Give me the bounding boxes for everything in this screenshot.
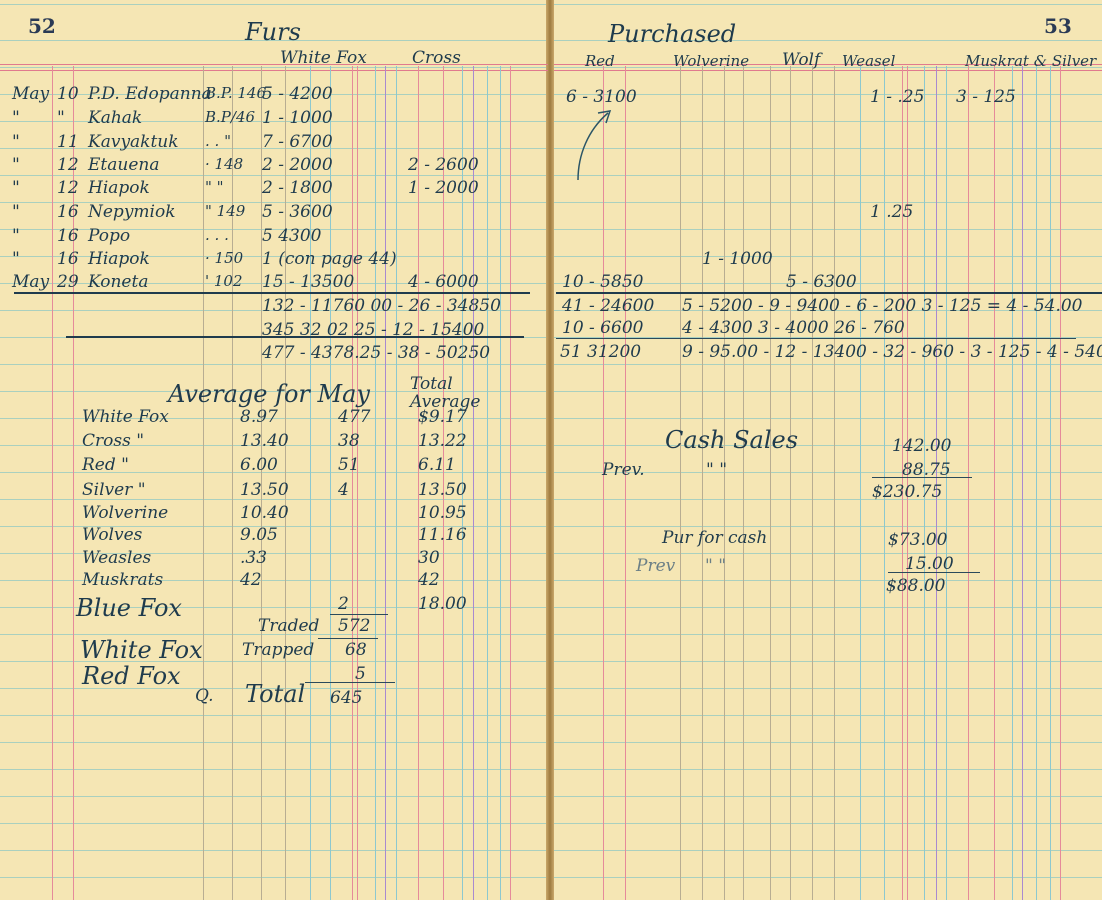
col-red: Red <box>585 52 615 70</box>
arrow-icon <box>570 105 620 185</box>
entry-white-fox: 7 - 6700 <box>262 132 333 152</box>
average-label: Muskrats <box>82 570 163 590</box>
trapped-label: Trapped <box>242 640 314 660</box>
entry-name: Hiapok <box>88 178 150 198</box>
entry-month: " <box>12 108 20 128</box>
trapped-value: 68 <box>345 640 367 660</box>
entry-day: 16 <box>57 249 79 269</box>
average-label: Wolves <box>82 525 142 545</box>
entry-month: " <box>12 155 20 175</box>
average-may: 13.50 <box>240 480 289 500</box>
average-total: 11.16 <box>418 525 467 545</box>
entry-ref: ' 102 <box>205 272 243 290</box>
col-wolf: Wolf <box>782 50 820 70</box>
average-total: 42 <box>418 570 440 590</box>
average-mid: 51 <box>338 455 360 475</box>
pur-for-cash-total: $88.00 <box>886 576 945 596</box>
entry-day: 16 <box>57 202 79 222</box>
entry-cross: 2 - 2600 <box>408 155 479 175</box>
wolf-entry: 5 - 6300 <box>786 272 857 292</box>
entry-ref: " " <box>205 178 224 196</box>
entries-rule <box>14 292 530 294</box>
entry-day: 10 <box>57 84 79 104</box>
average-label: Weasles <box>82 548 151 568</box>
col-cross: Cross <box>412 48 461 68</box>
entry-white-fox: 5 - 3600 <box>262 202 333 222</box>
entry-day: 16 <box>57 226 79 246</box>
weasel-entry-1: 1 - .25 <box>870 87 924 107</box>
book-spine <box>546 0 554 900</box>
average-mid: 477 <box>338 407 370 427</box>
average-label: White Fox <box>82 407 169 427</box>
entry-name: Hiapok <box>88 249 150 269</box>
furs-title: Furs <box>245 18 301 46</box>
entry-month: " <box>12 226 20 246</box>
average-may: 13.40 <box>240 431 289 451</box>
red-fox-value: 5 <box>355 664 366 684</box>
total-line-3: 477 - 4378.25 - 38 - 50250 <box>262 343 490 363</box>
cash-sales-prev-ditto: " " <box>706 460 727 480</box>
white-fox-label: White Fox <box>80 636 203 664</box>
red-entry-2: 10 - 5850 <box>562 272 643 292</box>
entry-cross: 4 - 6000 <box>408 272 479 292</box>
average-may: 10.40 <box>240 503 289 523</box>
col-white-fox: White Fox <box>280 48 367 68</box>
average-total: 13.50 <box>418 480 467 500</box>
entry-white-fox: 5 4300 <box>262 226 321 246</box>
page-number-right: 53 <box>1044 14 1072 38</box>
entry-ref: B.P/46 <box>205 108 255 126</box>
average-total: 10.95 <box>418 503 467 523</box>
purchased-total-1-red: 41 - 24600 <box>562 296 654 316</box>
page-number-left: 52 <box>28 14 56 38</box>
entry-month: May <box>12 84 49 104</box>
ledger-page-53 <box>552 0 1102 900</box>
entry-month: May <box>12 272 49 292</box>
entry-white-fox: 5 - 4200 <box>262 84 333 104</box>
weasel-entry-2: 1 .25 <box>870 202 913 222</box>
purchased-total-1: 5 - 5200 - 9 - 9400 - 6 - 200 3 - 125 = … <box>682 296 1083 316</box>
red-fox-label: Red Fox <box>82 662 181 690</box>
entry-cross: 1 - 2000 <box>408 178 479 198</box>
cash-sales-value: 142.00 <box>892 436 951 456</box>
pur-prev-value: 15.00 <box>905 554 954 574</box>
total-line-1: 132 - 11760 00 - 26 - 34850 <box>262 296 501 316</box>
entry-white-fox: 1 - 1000 <box>262 108 333 128</box>
entry-ref: " 149 <box>205 202 245 220</box>
entry-day: 11 <box>57 132 79 152</box>
cash-sales-prev-label: Prev. <box>602 460 645 480</box>
entry-day: 12 <box>57 178 79 198</box>
traded-value: 572 <box>338 616 370 636</box>
purchased-title: Purchased <box>608 20 736 48</box>
entry-name: Kavyaktuk <box>88 132 179 152</box>
average-may: 8.97 <box>240 407 278 427</box>
average-label: Blue Fox <box>76 594 182 622</box>
pur-prev-ditto: " " <box>705 556 726 576</box>
average-mid: 4 <box>338 480 349 500</box>
average-may: 9.05 <box>240 525 278 545</box>
average-total: 30 <box>418 548 440 568</box>
entry-ref: · 148 <box>205 155 243 173</box>
header-rule-left <box>0 64 548 71</box>
average-label: Wolverine <box>82 503 168 523</box>
col-muskrat-silver: Muskrat & Silver <box>965 52 1096 70</box>
entry-name: P.D. Edopanna <box>88 84 212 104</box>
entry-name: Nepymiok <box>88 202 176 222</box>
entry-month: " <box>12 202 20 222</box>
entry-ref: . . " <box>205 132 231 150</box>
average-mid: 38 <box>338 431 360 451</box>
muskrat-entry-1: 3 - 125 <box>956 87 1016 107</box>
purchased-total-3-red: 51 31200 <box>560 342 641 362</box>
col-weasel: Weasel <box>842 52 895 70</box>
purchased-total-2-red: 10 - 6600 <box>562 318 643 338</box>
traded-label: Traded <box>258 616 319 636</box>
cash-sales-total: $230.75 <box>872 482 942 502</box>
total-prefix: Q. <box>195 686 214 706</box>
entry-month: " <box>12 132 20 152</box>
wolverine-entry: 1 - 1000 <box>702 249 773 269</box>
entry-name: Popo <box>88 226 130 246</box>
cash-sales-label: Cash Sales <box>665 426 798 454</box>
purchased-total-2: 4 - 4300 3 - 4000 26 - 760 <box>682 318 905 338</box>
average-for-may-heading: Average for May <box>168 380 370 408</box>
purchased-entries-rule <box>556 292 1102 294</box>
purchased-totals-rule <box>556 338 1076 339</box>
average-total: 13.22 <box>418 431 467 451</box>
entry-white-fox: 1 (con page 44) <box>262 249 397 269</box>
entry-day: " <box>57 108 65 128</box>
entry-month: " <box>12 249 20 269</box>
totals-rule <box>66 336 524 338</box>
entry-white-fox: 15 - 13500 <box>262 272 354 292</box>
average-may: .33 <box>240 548 267 568</box>
average-label: Red " <box>82 455 129 475</box>
col-wolverine: Wolverine <box>673 52 749 70</box>
entry-month: " <box>12 178 20 198</box>
entry-ref: · 150 <box>205 249 243 267</box>
average-may: 42 <box>240 570 262 590</box>
entry-name: Etauena <box>88 155 159 175</box>
pur-for-cash-label: Pur for cash <box>662 528 767 548</box>
average-total: $9.17 <box>418 407 467 427</box>
average-may: 6.00 <box>240 455 278 475</box>
total-label: Total <box>245 680 305 708</box>
red-entry-1: 6 - 3100 <box>566 87 637 107</box>
average-total: 18.00 <box>418 594 467 614</box>
pur-for-cash-value: $73.00 <box>888 530 947 550</box>
entry-ref: . . . <box>205 226 229 244</box>
entry-white-fox: 2 - 2000 <box>262 155 333 175</box>
entry-name: Koneta <box>88 272 148 292</box>
average-label: Cross " <box>82 431 144 451</box>
entry-name: Kahak <box>88 108 142 128</box>
average-mid: 2 <box>338 594 349 614</box>
entry-day: 29 <box>57 272 79 292</box>
average-total: 6.11 <box>418 455 456 475</box>
average-label: Silver " <box>82 480 146 500</box>
entry-white-fox: 2 - 1800 <box>262 178 333 198</box>
purchased-total-3: 9 - 95.00 - 12 - 13400 - 32 - 960 - 3 - … <box>682 342 1102 362</box>
entry-ref: B.P. 146 <box>205 84 266 102</box>
total-average-heading: Total Average <box>410 375 505 411</box>
pur-prev-label: Prev <box>636 556 675 576</box>
entry-day: 12 <box>57 155 79 175</box>
total-value: 645 <box>330 688 362 708</box>
